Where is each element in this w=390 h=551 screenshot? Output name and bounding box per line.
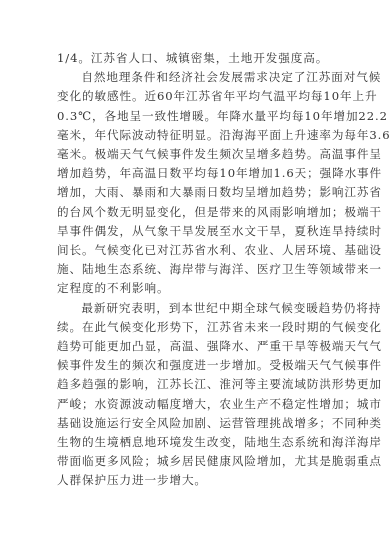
text-line: 0.3℃，各地呈一致性增暖。年降水量平均每10年增加22.2: [57, 107, 333, 126]
text-line: 变化的敏感性。近60年江苏省年平均气温平均每10年上升: [57, 87, 333, 106]
paragraph-intro-tail: 1/4。江苏省人口、城镇密集，土地开发强度高。: [57, 49, 333, 68]
paragraph-future-outlook: 最新研究表明，到本世纪中期全球气候变暖趋势仍将持 续。在此气候变化形势下，江苏省…: [57, 299, 333, 491]
text-line: 生物的生境栖息地环境发生改变，陆地生态系统和海洋海岸: [57, 433, 333, 452]
document-body: 1/4。江苏省人口、城镇密集，土地开发强度高。 自然地理条件和经济社会发展需求决…: [57, 49, 333, 491]
text-line: 施、陆地生态系统、海岸带与海洋、医疗卫生等领域带来一: [57, 260, 333, 279]
text-line: 人群保护压力进一步增大。: [57, 471, 333, 490]
text-line: 严峻；水资源波动幅度增大，农业生产不稳定性增加；城市: [57, 395, 333, 414]
text-line: 间长。气候变化已对江苏省水利、农业、人居环境、基础设: [57, 241, 333, 260]
text-line: 带面临更多风险；城乡居民健康风险增加，尤其是脆弱重点: [57, 452, 333, 471]
text-line: 续。在此气候变化形势下，江苏省未来一段时期的气候变化: [57, 318, 333, 337]
text-line: 自然地理条件和经济社会发展需求决定了江苏面对气候: [57, 68, 333, 87]
text-line: 旱事件偶发，从气象干旱发展至水文干旱，夏秋连旱持续时: [57, 222, 333, 241]
text-line: 毫米，年代际波动特征明显。沿海海平面上升速率为每年3.6: [57, 126, 333, 145]
text-line: 增加趋势，年高温日数平均每10年增加1.6天；强降水事件: [57, 164, 333, 183]
text-line: 的台风个数无明显变化，但是带来的风雨影响增加；极端干: [57, 203, 333, 222]
text-line: 定程度的不利影响。: [57, 279, 333, 298]
paragraph-sensitivity: 自然地理条件和经济社会发展需求决定了江苏面对气候 变化的敏感性。近60年江苏省年…: [57, 68, 333, 298]
text-line: 增加，大雨、暴雨和大暴雨日数均呈增加趋势；影响江苏省: [57, 183, 333, 202]
text-line: 候事件发生的频次和强度进一步增加。受极端天气气候事件: [57, 356, 333, 375]
text-line: 基础设施运行安全风险加剧、运营管理挑战增多；不同种类: [57, 414, 333, 433]
text-line: 趋多趋强的影响，江苏长江、淮河等主要流域防洪形势更加: [57, 375, 333, 394]
text-line: 1/4。江苏省人口、城镇密集，土地开发强度高。: [57, 49, 333, 68]
text-line: 趋势可能更加凸显，高温、强降水、严重干旱等极端天气气: [57, 337, 333, 356]
text-line: 毫米。极端天气气候事件发生频次呈增多趋势。高温事件呈: [57, 145, 333, 164]
text-line: 最新研究表明，到本世纪中期全球气候变暖趋势仍将持: [57, 299, 333, 318]
